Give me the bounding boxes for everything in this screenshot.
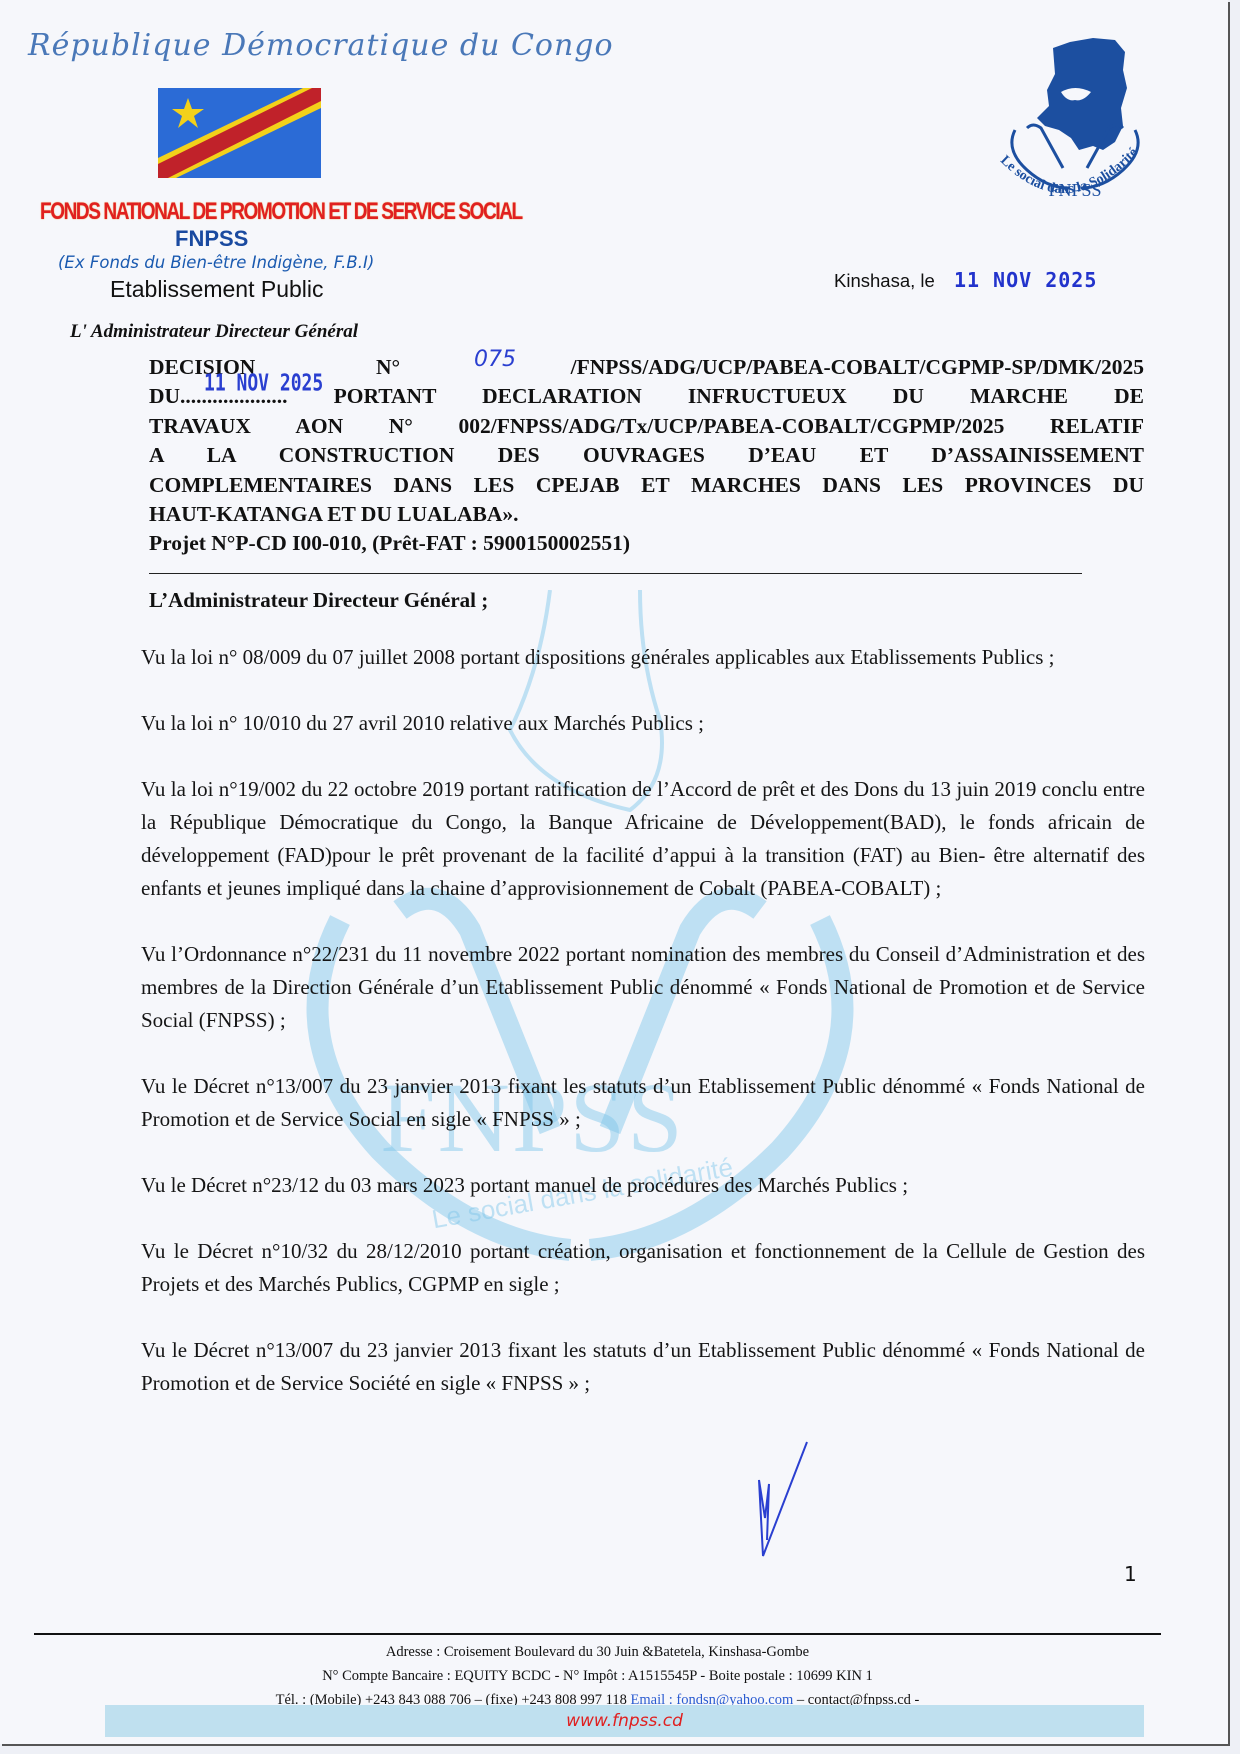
decision-date-stamp: 11 NOV 2025 (204, 365, 323, 403)
organization-former-name: (Ex Fonds du Bien-être Indigène, F.B.I) (58, 253, 374, 272)
organization-type: Etablissement Public (110, 276, 324, 303)
place-date: Kinshasa, le 11 NOV 2025 (834, 268, 1097, 292)
preamble-paragraph: Vu le Décret n°13/007 du 23 janvier 2013… (141, 1334, 1145, 1400)
footer: Adresse : Croisement Boulevard du 30 Jui… (34, 1640, 1161, 1712)
preamble-paragraph: Vu l’Ordonnance n°22/231 du 11 novembre … (141, 938, 1145, 1037)
preamble-paragraph: Vu le Décret n°13/007 du 23 janvier 2013… (141, 1070, 1145, 1136)
footer-bank: N° Compte Bancaire : EQUITY BCDC - N° Im… (34, 1664, 1161, 1688)
decision-line-3: TRAVAUX AON N° 002/FNPSS/ADG/Tx/UCP/PABE… (149, 412, 1144, 441)
preamble-heading: L’Administrateur Directeur Général ; (149, 588, 488, 613)
preamble-paragraph: Vu la loi n°19/002 du 22 octobre 2019 po… (141, 773, 1145, 905)
organization-acronym: FNPSS (175, 226, 248, 252)
place-label: Kinshasa, le (834, 270, 935, 291)
footer-divider (34, 1633, 1161, 1635)
preamble-body: Vu la loi n° 08/009 du 07 juillet 2008 p… (141, 641, 1145, 1433)
preamble-paragraph: Vu le Décret n°23/12 du 03 mars 2023 por… (141, 1169, 1145, 1202)
preamble-paragraph: Vu la loi n° 10/010 du 27 avril 2010 rel… (141, 707, 1145, 740)
document-page: République Démocratique du Congo FONDS N… (0, 0, 1228, 1744)
logo-motto: Le social dans la Solidarité (997, 145, 1141, 197)
decision-line-6: HAUT-KATANGA ET DU LUALABA». (149, 500, 1144, 529)
decision-line-5: COMPLEMENTAIRES DANS LES CPEJAB ET MARCH… (149, 471, 1144, 500)
fnpss-logo-icon: FNPSS Le social dans la Solidarité (975, 30, 1175, 220)
decision-line-1: DECISION N° /FNPSS/ADG/UCP/PABEA-COBALT/… (149, 353, 1144, 382)
preamble-paragraph: Vu la loi n° 08/009 du 07 juillet 2008 p… (141, 641, 1145, 674)
title-divider (149, 573, 1082, 574)
website-band: www.fnpss.cd (105, 1705, 1144, 1737)
sender-title: L' Administrateur Directeur Général (70, 321, 358, 343)
project-reference: Projet N°P-CD I00-010, (Prêt-FAT : 59001… (149, 529, 1144, 558)
drc-flag-icon (158, 88, 321, 178)
website-link[interactable]: www.fnpss.cd (566, 1711, 683, 1731)
date-stamp: 11 NOV 2025 (954, 268, 1097, 292)
footer-address: Adresse : Croisement Boulevard du 30 Jui… (34, 1640, 1161, 1664)
organization-name: FONDS NATIONAL DE PROMOTION ET DE SERVIC… (40, 199, 470, 227)
preamble-paragraph: Vu le Décret n°10/32 du 28/12/2010 porta… (141, 1235, 1145, 1301)
signature-icon (745, 1440, 825, 1560)
country-title: République Démocratique du Congo (28, 28, 614, 63)
decision-title-block: DECISION N° /FNPSS/ADG/UCP/PABEA-COBALT/… (149, 353, 1144, 559)
svg-text:Le social dans la Solidarité: Le social dans la Solidarité (997, 145, 1141, 197)
decision-line-4: A LA CONSTRUCTION DES OUVRAGES D’EAU ET … (149, 441, 1144, 470)
handwritten-decision-number: 075 (474, 345, 516, 374)
page-number: 1 (1124, 1562, 1137, 1586)
